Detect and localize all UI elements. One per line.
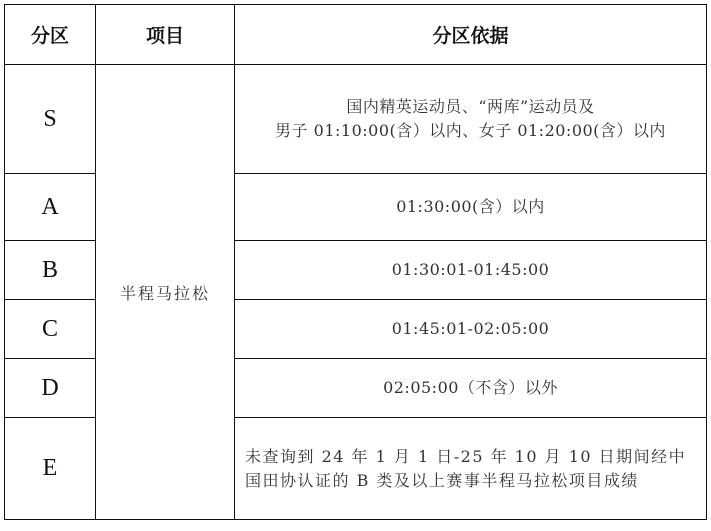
basis-cell: 01:45:01-02:05:00 <box>235 300 707 359</box>
table-row-s: S 半程马拉松 国内精英运动员、“两库”运动员及 男子 01:10:00(含）以… <box>5 65 707 174</box>
zone-cell: E <box>5 418 96 520</box>
zone-cell: A <box>5 174 96 241</box>
header-row: 分区 项目 分区依据 <box>5 5 707 65</box>
zone-criteria-table: 分区 项目 分区依据 S 半程马拉松 国内精英运动员、“两库”运动员及 男子 0… <box>4 4 707 520</box>
basis-line: 男子 01:10:00(含）以内、女子 01:20:00(含）以内 <box>235 119 706 143</box>
header-basis: 分区依据 <box>235 5 707 65</box>
basis-line: 未查询到 24 年 1 月 1 日-25 年 10 月 10 日期间经中 <box>245 445 706 469</box>
basis-cell: 02:05:00（不含）以外 <box>235 359 707 418</box>
header-event: 项目 <box>96 5 235 65</box>
basis-line: 01:30:01-01:45:00 <box>235 258 706 282</box>
zone-cell: S <box>5 65 96 174</box>
basis-cell: 未查询到 24 年 1 月 1 日-25 年 10 月 10 日期间经中 国田协… <box>235 418 707 520</box>
basis-line: 02:05:00（不含）以外 <box>235 376 706 400</box>
basis-cell: 国内精英运动员、“两库”运动员及 男子 01:10:00(含）以内、女子 01:… <box>235 65 707 174</box>
basis-line: 国田协认证的 B 类及以上赛事半程马拉松项目成绩 <box>245 469 706 493</box>
header-zone: 分区 <box>5 5 96 65</box>
basis-cell: 01:30:00(含）以内 <box>235 174 707 241</box>
zone-cell: B <box>5 241 96 300</box>
basis-cell: 01:30:01-01:45:00 <box>235 241 707 300</box>
zone-cell: C <box>5 300 96 359</box>
zone-cell: D <box>5 359 96 418</box>
basis-line: 01:45:01-02:05:00 <box>235 317 706 341</box>
basis-line: 01:30:00(含）以内 <box>235 195 706 219</box>
event-cell: 半程马拉松 <box>96 65 235 520</box>
basis-line: 国内精英运动员、“两库”运动员及 <box>235 95 706 119</box>
